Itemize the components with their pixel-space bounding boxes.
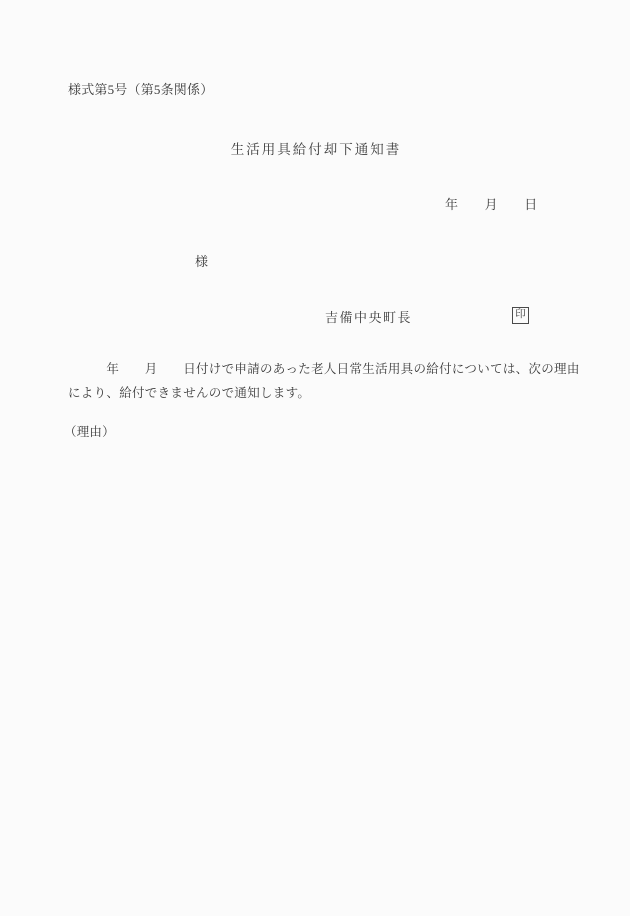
- issuer-name: 吉備中央町長: [325, 311, 412, 324]
- body-text-line-2: により、給付できませんので通知します。: [68, 387, 310, 400]
- seal-stamp-box: 印: [512, 307, 529, 324]
- form-number: 様式第5号（第5条関係）: [68, 83, 213, 96]
- date-line: 年 月 日: [445, 198, 537, 211]
- seal-label: 印: [515, 310, 526, 321]
- reason-label: （理由）: [64, 426, 115, 439]
- body-text-line-1: 年 月 日付けで申請のあった老人日常生活用具の給付については、次の理由: [68, 363, 580, 376]
- document-title: 生活用具給付却下通知書: [0, 143, 630, 157]
- document-page: 様式第5号（第5条関係） 生活用具給付却下通知書 年 月 日 様 吉備中央町長 …: [0, 0, 630, 916]
- addressee-suffix: 様: [195, 255, 208, 268]
